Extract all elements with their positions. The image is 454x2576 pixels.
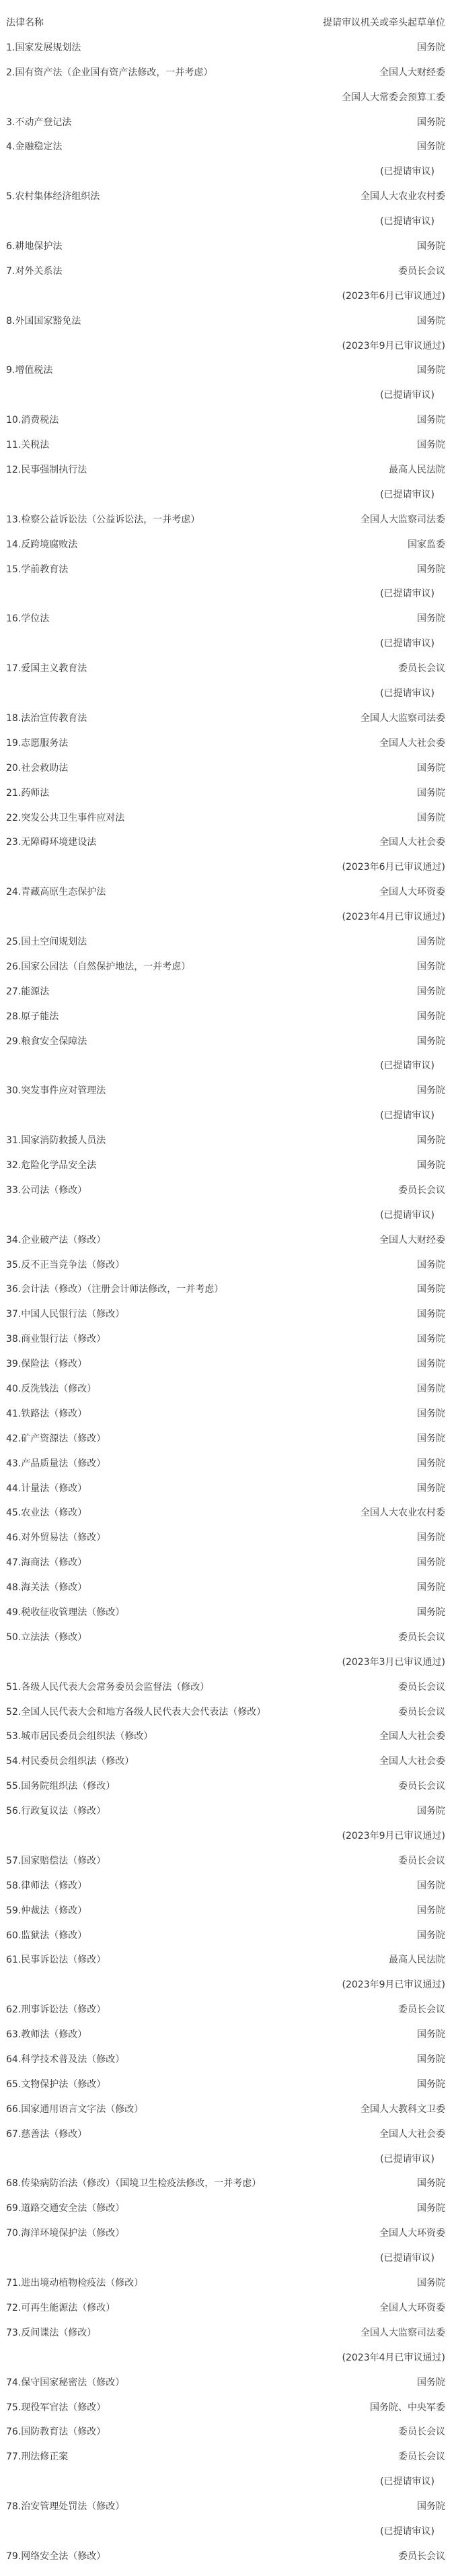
law-name: 24.青藏高原生态保护法 (6, 880, 106, 905)
drafting-agency: 国务院 (417, 980, 445, 1005)
law-name: 15.学前教育法 (6, 557, 68, 582)
law-name: 30.突发事件应对管理法 (6, 1079, 106, 1104)
law-row: 8.外国国家豁免法国务院 (0, 309, 454, 334)
law-row: 10.消费税法国务院 (0, 408, 454, 433)
drafting-agency: 国务院 (417, 1029, 445, 1054)
drafting-agency: 国务院 (417, 1452, 445, 1477)
drafting-agency: 国务院 (417, 1899, 445, 1924)
status-row: (2023年4月已审议通过) (0, 905, 454, 930)
drafting-agency: 全国人大社会委 (379, 1724, 445, 1749)
law-row: 51.各级人民代表大会常务委员会监督法（修改）委员长会议 (0, 1675, 454, 1700)
drafting-agency: 委员长会议 (398, 2544, 445, 2569)
law-name: 40.反洗钱法（修改） (6, 1377, 96, 1402)
law-name: 1.国家发展规划法 (6, 36, 81, 61)
law-row: 52.全国人民代表大会和地方各级人民代表大会代表法（修改）委员长会议 (0, 1700, 454, 1725)
law-name: 32.危险化学品安全法 (6, 1153, 96, 1178)
law-name: 73.反间谍法（修改） (6, 2321, 96, 2346)
legislative-plan-document: 法律名称 提请审议机关或牵头起草单位 1.国家发展规划法国务院2.国有资产法（企… (0, 0, 454, 2576)
review-status: (已提请审议) (380, 2470, 445, 2495)
law-name-column-header: 法律名称 (6, 11, 44, 36)
law-row: 3.不动产登记法国务院 (0, 110, 454, 135)
drafting-agency: 全国人大农业农村委 (361, 184, 445, 209)
drafting-agency: 国务院 (417, 309, 445, 334)
law-row: 34.企业破产法（修改）全国人大财经委 (0, 1228, 454, 1253)
law-name: 71.进出境动植物检疫法（修改） (6, 2271, 143, 2296)
drafting-agency: 国务院 (417, 1799, 445, 1824)
law-name: 70.海洋环境保护法（修改） (6, 2221, 124, 2246)
status-row: (已提请审议) (0, 160, 454, 184)
law-row: 42.矿产资源法（修改）国务院 (0, 1427, 454, 1452)
law-name: 74.保守国家秘密法（修改） (6, 2371, 124, 2396)
drafting-agency: 国务院 (417, 1600, 445, 1625)
drafting-agency: 国务院 (417, 806, 445, 831)
table-header: 法律名称 提请审议机关或牵头起草单位 (0, 11, 454, 36)
law-name: 77.刑法修正案 (6, 2445, 68, 2470)
law-name: 61.民事诉讼法（修改） (6, 1948, 106, 1973)
law-row: 19.志愿服务法全国人大社会委 (0, 731, 454, 756)
drafting-agency: 国务院 (417, 1079, 445, 1104)
law-name: 72.可再生能源法（修改） (6, 2296, 115, 2321)
drafting-agency: 国务院 (417, 607, 445, 632)
drafting-agency: 国务院 (417, 1277, 445, 1302)
status-row: (已提请审议) (0, 2246, 454, 2271)
law-row: 69.道路交通安全法（修改）国务院 (0, 2196, 454, 2221)
law-row: 27.能源法国务院 (0, 980, 454, 1005)
law-name: 11.关税法 (6, 433, 49, 458)
review-status: (已提请审议) (380, 2246, 445, 2271)
drafting-agency: 国务院 (417, 2047, 445, 2072)
agency-column-header: 提请审议机关或牵头起草单位 (323, 11, 445, 36)
status-row: (已提请审议) (0, 209, 454, 234)
law-name: 22.突发公共卫生事件应对法 (6, 806, 124, 831)
law-row: 21.药师法国务院 (0, 781, 454, 806)
law-name: 29.粮食安全保障法 (6, 1029, 87, 1054)
law-row: 28.原子能法国务院 (0, 1005, 454, 1029)
law-row: 12.民事强制执行法最高人民法院 (0, 458, 454, 483)
law-row: 77.刑法修正案委员长会议 (0, 2445, 454, 2470)
drafting-agency: 国务院 (417, 2371, 445, 2396)
status-row: (2023年9月已审议通过) (0, 334, 454, 359)
law-row: 64.科学技术普及法（修改）国务院 (0, 2047, 454, 2072)
law-row: 29.粮食安全保障法国务院 (0, 1029, 454, 1054)
review-status: (已提请审议) (380, 582, 445, 607)
law-name: 5.农村集体经济组织法 (6, 184, 100, 209)
drafting-agency: 国务院 (417, 408, 445, 433)
drafting-agency: 国家监委 (408, 533, 445, 557)
law-name: 17.爱国主义教育法 (6, 656, 87, 681)
review-status: (已提请审议) (380, 483, 445, 508)
law-name: 39.保险法（修改） (6, 1352, 87, 1377)
law-name: 19.志愿服务法 (6, 731, 68, 756)
drafting-agency: 国务院 (417, 930, 445, 955)
law-name: 78.治安管理处罚法（修改） (6, 2495, 124, 2519)
law-name: 68.传染病防治法（修改）（国境卫生检疫法修改，一并考虑） (6, 2171, 261, 2196)
drafting-agency: 国务院 (417, 358, 445, 383)
law-name: 58.律师法（修改） (6, 1874, 87, 1899)
law-row: 67.慈善法（修改）全国人大社会委 (0, 2122, 454, 2147)
law-row: 14.反跨境腐败法国家监委 (0, 533, 454, 557)
drafting-agency: 国务院 (417, 1302, 445, 1327)
status-row: (已提请审议) (0, 582, 454, 607)
law-row: 48.海关法（修改）国务院 (0, 1575, 454, 1600)
law-name: 34.企业破产法（修改） (6, 1228, 106, 1253)
status-row: (已提请审议) (0, 383, 454, 408)
law-row: 66.国家通用语言文字法（修改）全国人大教科文卫委 (0, 2097, 454, 2122)
status-row: (已提请审议) (0, 1054, 454, 1079)
law-row: 68.传染病防治法（修改）（国境卫生检疫法修改，一并考虑）国务院 (0, 2171, 454, 2196)
law-row: 38.商业银行法（修改）国务院 (0, 1327, 454, 1352)
law-name: 75.现役军官法（修改） (6, 2396, 106, 2420)
drafting-agency: 国务院 (417, 135, 445, 160)
drafting-agency: 国务院 (417, 1352, 445, 1377)
law-row: 20.社会救助法国务院 (0, 756, 454, 781)
drafting-agency: 国务院 (417, 1253, 445, 1278)
law-name: 64.科学技术普及法（修改） (6, 2047, 124, 2072)
drafting-agency: 国务院 (417, 1575, 445, 1600)
law-name: 23.无障碍环境建设法 (6, 830, 96, 855)
law-row: 24.青藏高原生态保护法全国人大环资委 (0, 880, 454, 905)
law-row: 60.监狱法（修改）国务院 (0, 1924, 454, 1948)
status-row: (2023年9月已审议通过) (0, 1973, 454, 1998)
law-name: 21.药师法 (6, 781, 49, 806)
law-row: 73.反间谍法（修改）全国人大监察司法委 (0, 2321, 454, 2346)
drafting-agency: 国务院 (417, 1005, 445, 1029)
review-status: (2023年9月已审议通过) (342, 334, 445, 359)
drafting-agency: 国务院 (417, 1153, 445, 1178)
status-row: (已提请审议) (0, 483, 454, 508)
drafting-agency: 委员长会议 (398, 1998, 445, 2023)
law-name: 47.海商法（修改） (6, 1551, 87, 1575)
law-row: 37.中国人民银行法（修改）国务院 (0, 1302, 454, 1327)
law-row: 54.村民委员会组织法（修改）全国人大社会委 (0, 1749, 454, 1774)
law-name: 20.社会救助法 (6, 756, 68, 781)
law-name: 52.全国人民代表大会和地方各级人民代表大会代表法（修改） (6, 1700, 266, 1725)
law-name: 42.矿产资源法（修改） (6, 1427, 106, 1452)
drafting-agency: 国务院 (417, 36, 445, 61)
law-row: 26.国家公园法（自然保护地法，一并考虑）国务院 (0, 955, 454, 980)
drafting-agency: 委员长会议 (398, 1700, 445, 1725)
law-row: 71.进出境动植物检疫法（修改）国务院 (0, 2271, 454, 2296)
law-row: 18.法治宣传教育法全国人大监察司法委 (0, 706, 454, 731)
law-name: 60.监狱法（修改） (6, 1924, 87, 1948)
law-name: 26.国家公园法（自然保护地法，一并考虑） (6, 955, 190, 980)
drafting-agency: 委员长会议 (398, 1178, 445, 1203)
law-row: 61.民事诉讼法（修改）最高人民法院 (0, 1948, 454, 1973)
review-status: (已提请审议) (380, 681, 445, 706)
law-row: 4.金融稳定法国务院 (0, 135, 454, 160)
drafting-agency: 委员长会议 (398, 2420, 445, 2445)
drafting-agency: 委员长会议 (398, 1774, 445, 1799)
drafting-agency: 国务院 (417, 1551, 445, 1575)
law-row: 32.危险化学品安全法国务院 (0, 1153, 454, 1178)
law-row: 35.反不正当竞争法（修改）国务院 (0, 1253, 454, 1278)
law-name: 35.反不正当竞争法（修改） (6, 1253, 124, 1278)
drafting-agency: 全国人大农业农村委 (361, 1501, 445, 1526)
law-row: 9.增值税法国务院 (0, 358, 454, 383)
law-name: 59.仲裁法（修改） (6, 1899, 87, 1924)
drafting-agency: 委员长会议 (398, 259, 445, 284)
law-row: 55.国务院组织法（修改）委员长会议 (0, 1774, 454, 1799)
law-name: 13.检察公益诉讼法（公益诉讼法，一并考虑） (6, 508, 200, 533)
drafting-agency: 国务院 (417, 1477, 445, 1501)
law-row: 47.海商法（修改）国务院 (0, 1551, 454, 1575)
status-row: (已提请审议) (0, 2470, 454, 2495)
drafting-agency: 国务院 (417, 781, 445, 806)
review-status: (已提请审议) (380, 209, 445, 234)
law-row: 11.关税法国务院 (0, 433, 454, 458)
law-name: 43.产品质量法（修改） (6, 1452, 106, 1477)
law-row: 44.计量法（修改）国务院 (0, 1477, 454, 1501)
law-row: 46.对外贸易法（修改）国务院 (0, 1526, 454, 1551)
drafting-agency: 委员长会议 (398, 1625, 445, 1650)
drafting-agency: 国务院 (417, 1924, 445, 1948)
law-row: 15.学前教育法国务院 (0, 557, 454, 582)
law-row: 23.无障碍环境建设法全国人大社会委 (0, 830, 454, 855)
drafting-agency: 国务院、中央军委 (370, 2396, 445, 2420)
law-row: 53.城市居民委员会组织法（修改）全国人大社会委 (0, 1724, 454, 1749)
drafting-agency: 委员长会议 (398, 656, 445, 681)
drafting-agency: 全国人大社会委 (379, 830, 445, 855)
law-name: 2.国有资产法（企业国有资产法修改，一并考虑） (6, 61, 213, 86)
law-row: 6.耕地保护法国务院 (0, 234, 454, 259)
review-status: (已提请审议) (380, 1104, 445, 1128)
drafting-agency: 国务院 (417, 2023, 445, 2047)
law-name: 55.国务院组织法（修改） (6, 1774, 115, 1799)
status-row: (已提请审议) (0, 2147, 454, 2172)
drafting-agency: 国务院 (417, 557, 445, 582)
law-name: 16.学位法 (6, 607, 49, 632)
law-name: 44.计量法（修改） (6, 1477, 87, 1501)
review-status: (2023年9月已审议通过) (342, 1973, 445, 1998)
drafting-agency: 全国人大财经委 (379, 61, 445, 86)
drafting-agency: 国务院 (417, 2072, 445, 2097)
law-name: 37.中国人民银行法（修改） (6, 1302, 124, 1327)
law-row: 2.国有资产法（企业国有资产法修改，一并考虑）全国人大财经委 (0, 61, 454, 86)
law-name: 49.税收征收管理法（修改） (6, 1600, 124, 1625)
law-row: 62.刑事诉讼法（修改）委员长会议 (0, 1998, 454, 2023)
law-name: 36.会计法（修改）（注册会计师法修改，一并考虑） (6, 1277, 223, 1302)
law-name: 50.立法法（修改） (6, 1625, 87, 1650)
drafting-agency: 国务院 (417, 1402, 445, 1427)
law-list: 1.国家发展规划法国务院2.国有资产法（企业国有资产法修改，一并考虑）全国人大财… (0, 36, 454, 2569)
law-row: 7.对外关系法委员长会议 (0, 259, 454, 284)
drafting-agency: 委员长会议 (398, 1849, 445, 1874)
law-name: 76.国防教育法（修改） (6, 2420, 106, 2445)
status-row: (2023年6月已审议通过) (0, 284, 454, 309)
drafting-agency: 全国人大社会委 (379, 2122, 445, 2147)
law-row: 58.律师法（修改）国务院 (0, 1874, 454, 1899)
drafting-agency: 全国人大社会委 (379, 731, 445, 756)
status-row: (已提请审议) (0, 632, 454, 656)
law-row: 56.行政复议法（修改）国务院 (0, 1799, 454, 1824)
law-row: 63.教师法（修改）国务院 (0, 2023, 454, 2047)
law-row: 50.立法法（修改）委员长会议 (0, 1625, 454, 1650)
law-name: 53.城市居民委员会组织法（修改） (6, 1724, 153, 1749)
drafting-agency: 委员长会议 (398, 1675, 445, 1700)
law-row: 76.国防教育法（修改）委员长会议 (0, 2420, 454, 2445)
review-status: (已提请审议) (380, 2519, 445, 2544)
status-row: (已提请审议) (0, 1104, 454, 1128)
review-status: (已提请审议) (380, 160, 445, 184)
review-status: (已提请审议) (380, 1054, 445, 1079)
law-row: 43.产品质量法（修改）国务院 (0, 1452, 454, 1477)
drafting-agency: 国务院 (417, 234, 445, 259)
law-row: 1.国家发展规划法国务院 (0, 36, 454, 61)
review-status: (2023年6月已审议通过) (342, 284, 445, 309)
law-name: 9.增值税法 (6, 358, 52, 383)
law-name: 79.网络安全法（修改） (6, 2544, 106, 2569)
law-name: 57.国家赔偿法（修改） (6, 1849, 106, 1874)
law-row: 59.仲裁法（修改）国务院 (0, 1899, 454, 1924)
drafting-agency: 国务院 (417, 2495, 445, 2519)
status-row: (2023年4月已审议通过) (0, 2346, 454, 2371)
drafting-agency: 委员长会议 (398, 2445, 445, 2470)
status-row: (2023年3月已审议通过) (0, 1650, 454, 1675)
law-row: 33.公司法（修改）委员长会议 (0, 1178, 454, 1203)
law-row: 49.税收征收管理法（修改）国务院 (0, 1600, 454, 1625)
status-row: (已提请审议) (0, 2519, 454, 2544)
drafting-agency: 国务院 (417, 1874, 445, 1899)
law-row: 72.可再生能源法（修改）全国人大环资委 (0, 2296, 454, 2321)
law-name: 25.国土空间规划法 (6, 930, 87, 955)
law-row: 65.文物保护法（修改）国务院 (0, 2072, 454, 2097)
law-name: 31.国家消防救援人员法 (6, 1128, 106, 1153)
drafting-agency: 国务院 (417, 110, 445, 135)
drafting-agency: 全国人大教科文卫委 (361, 2097, 445, 2122)
review-status: (2023年4月已审议通过) (342, 2346, 445, 2371)
law-row: 45.农业法（修改）全国人大农业农村委 (0, 1501, 454, 1526)
drafting-agency: 国务院 (417, 955, 445, 980)
law-name: 45.农业法（修改） (6, 1501, 87, 1526)
law-name: 3.不动产登记法 (6, 110, 71, 135)
drafting-agency: 国务院 (417, 2196, 445, 2221)
drafting-agency: 最高人民法院 (389, 458, 445, 483)
drafting-agency: 国务院 (417, 1526, 445, 1551)
drafting-agency: 全国人大监察司法委 (361, 706, 445, 731)
law-row: 74.保守国家秘密法（修改）国务院 (0, 2371, 454, 2396)
law-name: 10.消费税法 (6, 408, 59, 433)
status-row: (2023年6月已审议通过) (0, 855, 454, 880)
drafting-agency: 全国人大社会委 (379, 1749, 445, 1774)
review-status: (2023年4月已审议通过) (342, 905, 445, 930)
law-row: 78.治安管理处罚法（修改）国务院 (0, 2495, 454, 2519)
review-status: (已提请审议) (380, 632, 445, 656)
review-status: (2023年3月已审议通过) (342, 1650, 445, 1675)
law-row: 57.国家赔偿法（修改）委员长会议 (0, 1849, 454, 1874)
law-name: 8.外国国家豁免法 (6, 309, 81, 334)
law-row: 36.会计法（修改）（注册会计师法修改，一并考虑）国务院 (0, 1277, 454, 1302)
law-name: 4.金融稳定法 (6, 135, 62, 160)
law-name: 67.慈善法（修改） (6, 2122, 87, 2147)
law-row: 16.学位法国务院 (0, 607, 454, 632)
law-name: 69.道路交通安全法（修改） (6, 2196, 124, 2221)
law-name: 56.行政复议法（修改） (6, 1799, 106, 1824)
law-row: 79.网络安全法（修改）委员长会议 (0, 2544, 454, 2569)
law-row: 22.突发公共卫生事件应对法国务院 (0, 806, 454, 831)
law-name: 14.反跨境腐败法 (6, 533, 77, 557)
law-name: 33.公司法（修改） (6, 1178, 87, 1203)
drafting-agency: 最高人民法院 (389, 1948, 445, 1973)
law-row: 41.铁路法（修改）国务院 (0, 1402, 454, 1427)
review-status: (已提请审议) (380, 383, 445, 408)
drafting-agency: 全国人大环资委 (379, 2221, 445, 2246)
law-name: 65.文物保护法（修改） (6, 2072, 106, 2097)
law-row: 13.检察公益诉讼法（公益诉讼法，一并考虑）全国人大监察司法委 (0, 508, 454, 533)
review-status: (2023年9月已审议通过) (342, 1824, 445, 1849)
drafting-agency: 国务院 (417, 433, 445, 458)
law-row: 5.农村集体经济组织法全国人大农业农村委 (0, 184, 454, 209)
drafting-agency: 国务院 (417, 2171, 445, 2196)
law-name: 66.国家通用语言文字法（修改） (6, 2097, 143, 2122)
status-row: (已提请审议) (0, 1203, 454, 1228)
law-name: 38.商业银行法（修改） (6, 1327, 106, 1352)
law-name: 46.对外贸易法（修改） (6, 1526, 106, 1551)
drafting-agency: 国务院 (417, 1377, 445, 1402)
drafting-agency: 国务院 (417, 756, 445, 781)
law-name: 12.民事强制执行法 (6, 458, 87, 483)
review-status: (2023年6月已审议通过) (342, 855, 445, 880)
agency-continuation-row: 全国人大常委会预算工委 (0, 86, 454, 110)
law-row: 75.现役军官法（修改）国务院、中央军委 (0, 2396, 454, 2420)
law-name: 27.能源法 (6, 980, 49, 1005)
law-row: 17.爱国主义教育法委员长会议 (0, 656, 454, 681)
drafting-agency: 全国人大环资委 (379, 880, 445, 905)
law-name: 62.刑事诉讼法（修改） (6, 1998, 106, 2023)
law-name: 51.各级人民代表大会常务委员会监督法（修改） (6, 1675, 209, 1700)
status-row: (已提请审议) (0, 681, 454, 706)
drafting-agency: 全国人大监察司法委 (361, 2321, 445, 2346)
drafting-agency: 全国人大财经委 (379, 1228, 445, 1253)
law-row: 40.反洗钱法（修改）国务院 (0, 1377, 454, 1402)
law-name: 48.海关法（修改） (6, 1575, 87, 1600)
drafting-agency: 全国人大常委会预算工委 (342, 86, 445, 110)
law-name: 28.原子能法 (6, 1005, 59, 1029)
law-row: 25.国土空间规划法国务院 (0, 930, 454, 955)
law-row: 31.国家消防救援人员法国务院 (0, 1128, 454, 1153)
law-name: 63.教师法（修改） (6, 2023, 87, 2047)
drafting-agency: 国务院 (417, 1128, 445, 1153)
law-name: 7.对外关系法 (6, 259, 62, 284)
law-name: 6.耕地保护法 (6, 234, 62, 259)
status-row: (2023年9月已审议通过) (0, 1824, 454, 1849)
drafting-agency: 全国人大监察司法委 (361, 508, 445, 533)
law-row: 39.保险法（修改）国务院 (0, 1352, 454, 1377)
drafting-agency: 全国人大环资委 (379, 2296, 445, 2321)
review-status: (已提请审议) (380, 2147, 445, 2172)
law-name: 54.村民委员会组织法（修改） (6, 1749, 134, 1774)
drafting-agency: 国务院 (417, 1427, 445, 1452)
review-status: (已提请审议) (380, 1203, 445, 1228)
drafting-agency: 国务院 (417, 1327, 445, 1352)
law-name: 18.法治宣传教育法 (6, 706, 87, 731)
drafting-agency: 国务院 (417, 2271, 445, 2296)
law-row: 70.海洋环境保护法（修改）全国人大环资委 (0, 2221, 454, 2246)
law-name: 41.铁路法（修改） (6, 1402, 87, 1427)
law-row: 30.突发事件应对管理法国务院 (0, 1079, 454, 1104)
